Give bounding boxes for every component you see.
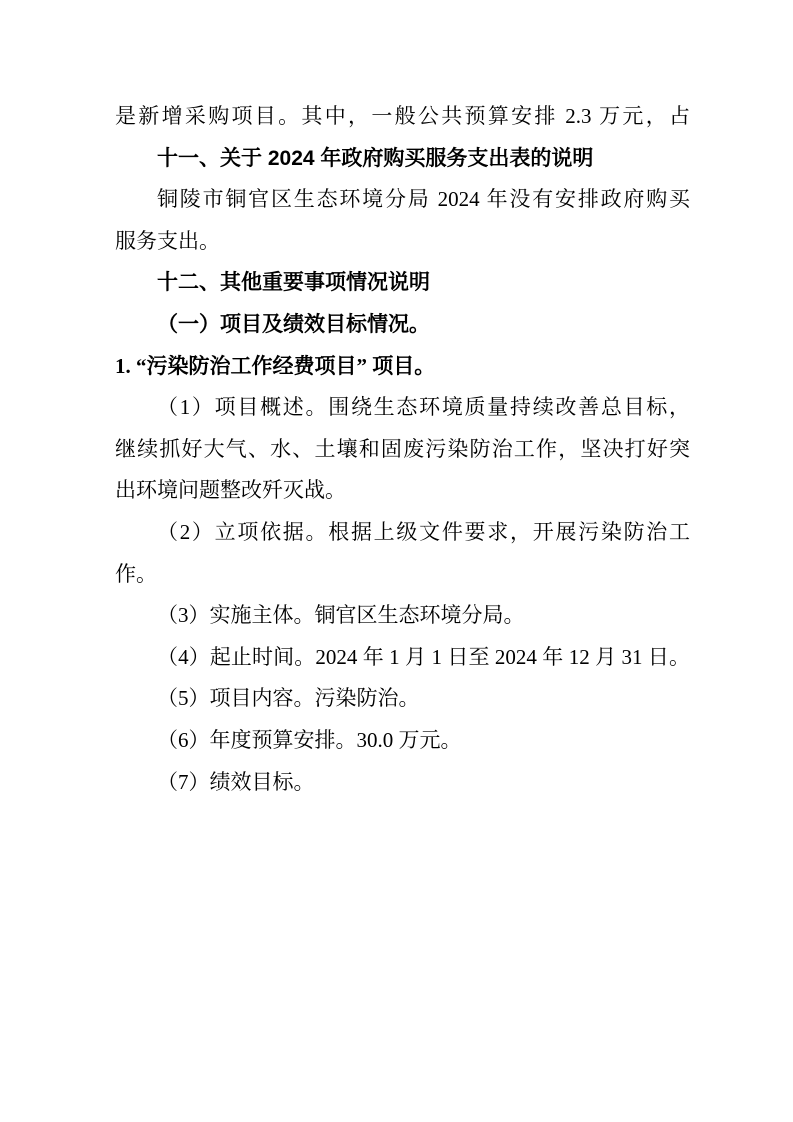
- paragraph-line: 铜陵市铜官区生态环境分局 2024 年没有安排政府购买: [115, 179, 690, 221]
- document-page: 是新增采购项目。其中，一般公共预算安排 2.3 万元，占 100%。 十一、关于…: [0, 0, 793, 1122]
- heading-subsection-1: （一）项目及绩效目标情况。: [115, 304, 690, 346]
- project-item-line: 继续抓好大气、水、土壤和固废污染防治工作，坚决打好突: [115, 429, 690, 471]
- project-item-line: 作。: [115, 554, 690, 596]
- project-item-line: （5）项目内容。污染防治。: [115, 678, 690, 720]
- project-item-line: （3）实施主体。铜官区生态环境分局。: [115, 595, 690, 637]
- project-item-line: （7）绩效目标。: [115, 762, 690, 804]
- body-text-line: 是新增采购项目。其中，一般公共预算安排 2.3 万元，占 100%。: [115, 96, 690, 138]
- project-item-line: （1）项目概述。围绕生态环境质量持续改善总目标，: [115, 387, 690, 429]
- heading-section-11: 十一、关于 2024 年政府购买服务支出表的说明: [115, 138, 690, 180]
- paragraph-line: 服务支出。: [115, 221, 690, 263]
- project-item-line: （6）年度预算安排。30.0 万元。: [115, 720, 690, 762]
- heading-section-12: 十二、其他重要事项情况说明: [115, 262, 690, 304]
- project-item-line: （4）起止时间。2024 年 1 月 1 日至 2024 年 12 月 31 日…: [115, 637, 690, 679]
- project-item-line: （2）立项依据。根据上级文件要求，开展污染防治工: [115, 512, 690, 554]
- document-content: 是新增采购项目。其中，一般公共预算安排 2.3 万元，占 100%。 十一、关于…: [115, 96, 690, 803]
- project-title-line: 1. “污染防治工作经费项目” 项目。: [115, 346, 690, 388]
- project-item-line: 出环境问题整改歼灭战。: [115, 470, 690, 512]
